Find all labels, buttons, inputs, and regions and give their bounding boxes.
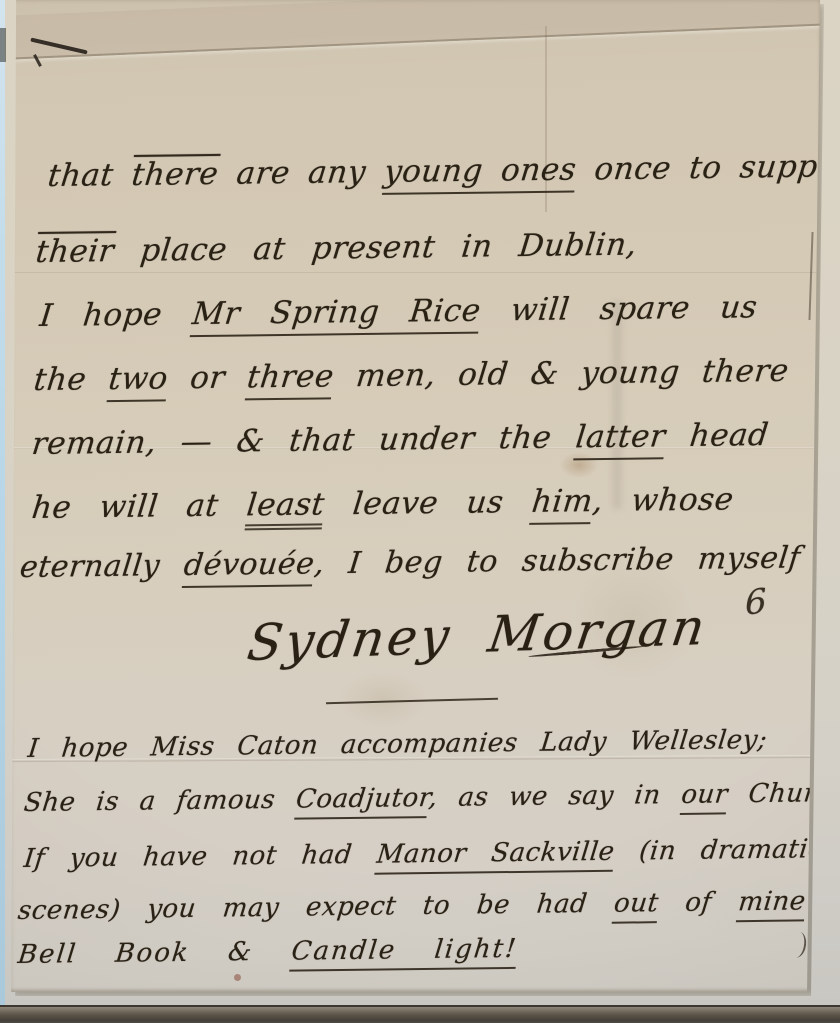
letter-text-segment: (in dramatic <box>613 834 825 867</box>
letter-text-segment: leave us <box>323 484 534 523</box>
letter-text-segment: remain, — & that under the <box>30 419 578 462</box>
letter-text-segment: out <box>612 888 660 924</box>
letter-text-segment: She is a famous <box>22 785 297 818</box>
letter-text-segment: least <box>244 486 326 530</box>
letter-text-segment: that <box>46 157 134 194</box>
letter-text-segment: eternally <box>18 548 186 585</box>
letter-text-segment: their <box>34 233 116 270</box>
photo-scene: that there are any young ones once to su… <box>0 0 840 1023</box>
letter-line: eternally dévouée, I beg to subscribe my… <box>18 540 802 585</box>
letter-line: remain, — & that under the latter head <box>30 417 771 462</box>
letter-text-segment: or <box>166 359 249 396</box>
letter-text-segment: there <box>130 156 221 193</box>
ink-flourish: 6 <box>744 581 768 624</box>
letter-photo: { "colors":{ "background_blue":"#b6d5e7"… <box>0 0 840 1023</box>
letter-text-segment: men, old & young there <box>332 353 791 395</box>
letter-text-segment: the <box>32 361 111 398</box>
letter-text-segment: dévouée <box>182 546 317 588</box>
letter-text-segment: will spare us <box>479 289 759 328</box>
pen-mark <box>808 232 813 320</box>
fold-crease-top <box>0 0 840 60</box>
letter-text-segment: Mr Spring Rice <box>190 293 483 338</box>
letter-text-segment: latter <box>573 418 667 460</box>
letter-line: he will at least leave us him, whose <box>30 481 736 526</box>
letter-text-segment: once to supply <box>574 148 840 187</box>
letter-text-segment: young ones <box>382 152 579 195</box>
paper-spot <box>234 974 241 981</box>
letter-line: their place at present in Dublin, <box>34 227 639 270</box>
letter-text-segment: I hope <box>38 296 194 334</box>
letter-line: Bell Book & Candle light! <box>16 934 519 970</box>
letter-text-segment: him <box>529 483 594 525</box>
letter-text-segment: place at present in Dublin, <box>112 227 639 269</box>
letter-text-segment: Manor Sackville <box>375 837 617 875</box>
pen-mark <box>792 931 808 959</box>
letter-text-segment: he will at <box>30 487 249 526</box>
letter-text-segment: Bell Book & <box>16 937 293 970</box>
letter-text-segment: , I beg to subscribe myself <box>313 540 803 581</box>
letter-line: She is a famous Coadjutor, as we say in … <box>22 777 840 818</box>
letter-text-segment: Coadjutor <box>294 783 431 820</box>
letter-text-segment: head <box>663 417 770 454</box>
table-edge <box>0 1005 840 1023</box>
letter-text-segment: our <box>679 779 729 815</box>
letter-sheet: that there are any young ones once to su… <box>8 0 820 992</box>
fold-crease <box>4 272 840 273</box>
edge-shadow-notch <box>0 28 6 62</box>
letter-text-segment: are any <box>216 154 386 192</box>
letter-line: I hope Mr Spring Rice will spare us <box>38 289 759 334</box>
letter-text-segment: If you have not had <box>22 840 378 874</box>
letter-text-segment: Candle light! <box>289 934 519 972</box>
letter-line: scenes) you may expect to be had out of … <box>16 886 840 926</box>
graphite-smudge <box>612 300 622 510</box>
letter-line: that there are any young ones once to su… <box>46 148 840 194</box>
letter-line: If you have not had Manor Sackville (in … <box>22 834 825 874</box>
letter-text-segment: of <box>657 887 740 918</box>
letter-text-segment: two <box>106 360 170 402</box>
letter-text-segment: mine <box>736 886 807 922</box>
letter-text-segment: scenes) you may expect to be had <box>16 889 615 926</box>
letter-text-segment: , as we say in <box>427 780 683 813</box>
letter-text-segment: , whose <box>591 481 736 519</box>
letter-text-segment: three <box>245 358 336 400</box>
letter-line: the two or three men, old & young there <box>32 353 791 398</box>
